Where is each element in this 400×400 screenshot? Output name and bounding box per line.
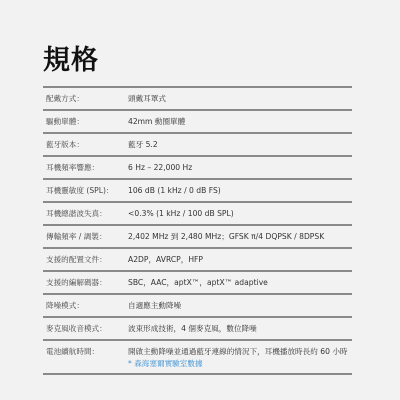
spec-label: 耳機靈敏度 (SPL)： bbox=[43, 180, 128, 201]
spec-row-profiles: 支援的配置文件： A2DP，AVRCP，HFP bbox=[43, 249, 352, 272]
spec-value: 6 Hz – 22,000 Hz bbox=[128, 157, 352, 178]
spec-value-group: 開啟主動降噪並通過藍牙連線的情況下，耳機播放時長約 60 小時 * 森海塞爾實驗… bbox=[128, 341, 352, 369]
spec-value: 波束形成技術，4 個麥克風，數位降噪 bbox=[128, 318, 352, 339]
spec-row-noise-cancelling: 降噪模式： 自適應主動降噪 bbox=[43, 295, 352, 318]
spec-row-sensitivity: 耳機靈敏度 (SPL)： 106 dB (1 kHz / 0 dB FS) bbox=[43, 180, 352, 203]
spec-row-frequency-response: 耳機頻率響應： 6 Hz – 22,000 Hz bbox=[43, 157, 352, 180]
spec-label: 麥克風收音模式： bbox=[43, 318, 128, 339]
spec-value: SBC，AAC，aptX™，aptX™ adaptive bbox=[128, 272, 352, 293]
spec-label: 支援的配置文件： bbox=[43, 249, 128, 270]
spec-value: 自適應主動降噪 bbox=[128, 295, 352, 316]
spec-row-bluetooth-version: 藍牙版本： 藍牙 5.2 bbox=[43, 134, 352, 157]
spec-label: 降噪模式： bbox=[43, 295, 128, 316]
spec-label: 支援的編解碼器： bbox=[43, 272, 128, 293]
spec-label: 耳機頻率響應： bbox=[43, 157, 128, 178]
spec-row-transmission: 傳輸頻率 / 調製： 2,402 MHz 到 2,480 MHz；GFSK π/… bbox=[43, 226, 352, 249]
spec-value: 42mm 動圈單體 bbox=[128, 111, 352, 132]
spec-value: 藍牙 5.2 bbox=[128, 134, 352, 155]
spec-row-wearing-style: 配戴方式： 頭戴耳罩式 bbox=[43, 88, 352, 111]
spec-label: 耳機總諧波失真： bbox=[43, 203, 128, 224]
spec-value: 106 dB (1 kHz / 0 dB FS) bbox=[128, 180, 352, 201]
spec-label: 電池續航時間： bbox=[43, 341, 128, 362]
spec-value: <0.3% (1 kHz / 100 dB SPL) bbox=[128, 203, 352, 224]
spec-page: 規格 配戴方式： 頭戴耳罩式 驅動單體： 42mm 動圈單體 藍牙版本： 藍牙 … bbox=[0, 0, 400, 400]
spec-label: 藍牙版本： bbox=[43, 134, 128, 155]
spec-label: 傳輸頻率 / 調製： bbox=[43, 226, 128, 247]
page-title: 規格 bbox=[43, 44, 99, 78]
spec-value: 2,402 MHz 到 2,480 MHz；GFSK π/4 DQPSK / 8… bbox=[128, 226, 352, 247]
spec-row-thd: 耳機總諧波失真： <0.3% (1 kHz / 100 dB SPL) bbox=[43, 203, 352, 226]
spec-row-battery: 電池續航時間： 開啟主動降噪並通過藍牙連線的情況下，耳機播放時長約 60 小時 … bbox=[43, 341, 352, 375]
spec-row-driver: 驅動單體： 42mm 動圈單體 bbox=[43, 111, 352, 134]
spec-row-microphone: 麥克風收音模式： 波束形成技術，4 個麥克風，數位降噪 bbox=[43, 318, 352, 341]
spec-row-codecs: 支援的編解碼器： SBC，AAC，aptX™，aptX™ adaptive bbox=[43, 272, 352, 295]
spec-table: 配戴方式： 頭戴耳罩式 驅動單體： 42mm 動圈單體 藍牙版本： 藍牙 5.2… bbox=[43, 86, 352, 375]
spec-label: 配戴方式： bbox=[43, 88, 128, 109]
spec-value: 頭戴耳罩式 bbox=[128, 88, 352, 109]
spec-value: A2DP，AVRCP，HFP bbox=[128, 249, 352, 270]
spec-label: 驅動單體： bbox=[43, 111, 128, 132]
